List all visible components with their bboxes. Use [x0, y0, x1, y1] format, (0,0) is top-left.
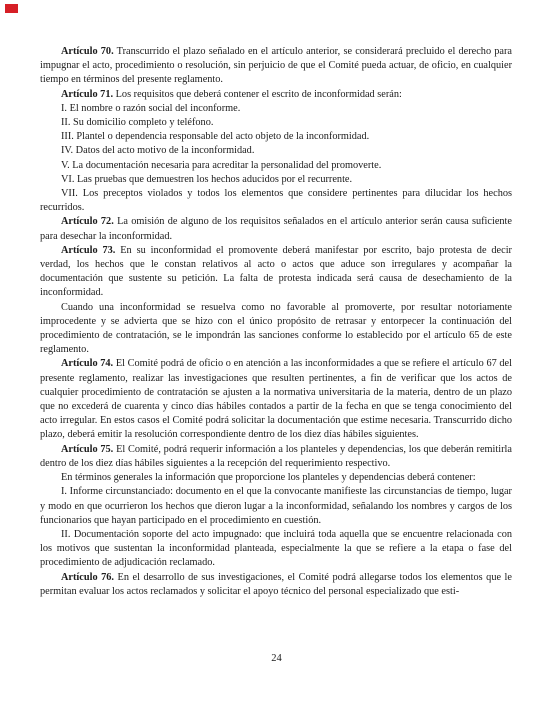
paragraph: En términos generales la información que… [40, 471, 512, 485]
paragraph: III. Plantel o dependencia responsable d… [40, 130, 512, 144]
article-label: Artículo 70. [61, 46, 114, 57]
paragraph-text: El Comité podrá de oficio o en atención … [40, 358, 512, 440]
paragraph-art-culo-72: Artículo 72. La omisión de alguno de los… [40, 215, 512, 243]
paragraph: VI. Las pruebas que demuestren los hecho… [40, 173, 512, 187]
article-label: Artículo 75. [61, 444, 113, 455]
article-label: Artículo 72. [61, 216, 114, 227]
paragraph-art-culo-74: Artículo 74. El Comité podrá de oficio o… [40, 357, 512, 442]
paragraph-art-culo-76: Artículo 76. En el desarrollo de sus inv… [40, 571, 512, 599]
page-marker [5, 4, 18, 13]
paragraph-text: VII. Los preceptos violados y todos los … [40, 188, 512, 213]
paragraph-text: En términos generales la información que… [61, 472, 476, 483]
paragraph-text: VI. Las pruebas que demuestren los hecho… [61, 174, 352, 185]
document-text-block: Artículo 70. Transcurrido el plazo señal… [40, 45, 512, 599]
paragraph-text: II. Documentación soporte del acto impug… [40, 529, 512, 568]
paragraph-art-culo-75: Artículo 75. El Comité, podrá requerir i… [40, 443, 512, 471]
paragraph: VII. Los preceptos violados y todos los … [40, 187, 512, 215]
paragraph-text: Los requisitos que deberá contener el es… [116, 89, 402, 100]
article-label: Artículo 71. [61, 89, 113, 100]
paragraph-text: III. Plantel o dependencia responsable d… [61, 131, 369, 142]
paragraph-text: Cuando una inconformidad se resuelva com… [40, 302, 512, 356]
article-label: Artículo 73. [61, 245, 115, 256]
article-label: Artículo 76. [61, 572, 114, 583]
paragraph-text: I. El nombre o razón social del inconfor… [61, 103, 240, 114]
article-label: Artículo 74. [61, 358, 113, 369]
paragraph: I. El nombre o razón social del inconfor… [40, 102, 512, 116]
paragraph: IV. Datos del acto motivo de la inconfor… [40, 144, 512, 158]
paragraph: II. Documentación soporte del acto impug… [40, 528, 512, 571]
page-number: 24 [0, 653, 553, 664]
paragraph-text: V. La documentación necesaria para acred… [61, 160, 381, 171]
paragraph-art-culo-71: Artículo 71. Los requisitos que deberá c… [40, 88, 512, 102]
paragraph-art-culo-73: Artículo 73. En su inconformidad el prom… [40, 244, 512, 301]
paragraph: Cuando una inconformidad se resuelva com… [40, 301, 512, 358]
paragraph-text: IV. Datos del acto motivo de la inconfor… [61, 145, 254, 156]
paragraph: I. Informe circunstanciado: documento en… [40, 485, 512, 528]
paragraph: V. La documentación necesaria para acred… [40, 159, 512, 173]
paragraph-text: II. Su domicilio completo y teléfono. [61, 117, 213, 128]
paragraph: II. Su domicilio completo y teléfono. [40, 116, 512, 130]
paragraph-text: I. Informe circunstanciado: documento en… [40, 486, 512, 525]
paragraph-art-culo-70: Artículo 70. Transcurrido el plazo señal… [40, 45, 512, 88]
